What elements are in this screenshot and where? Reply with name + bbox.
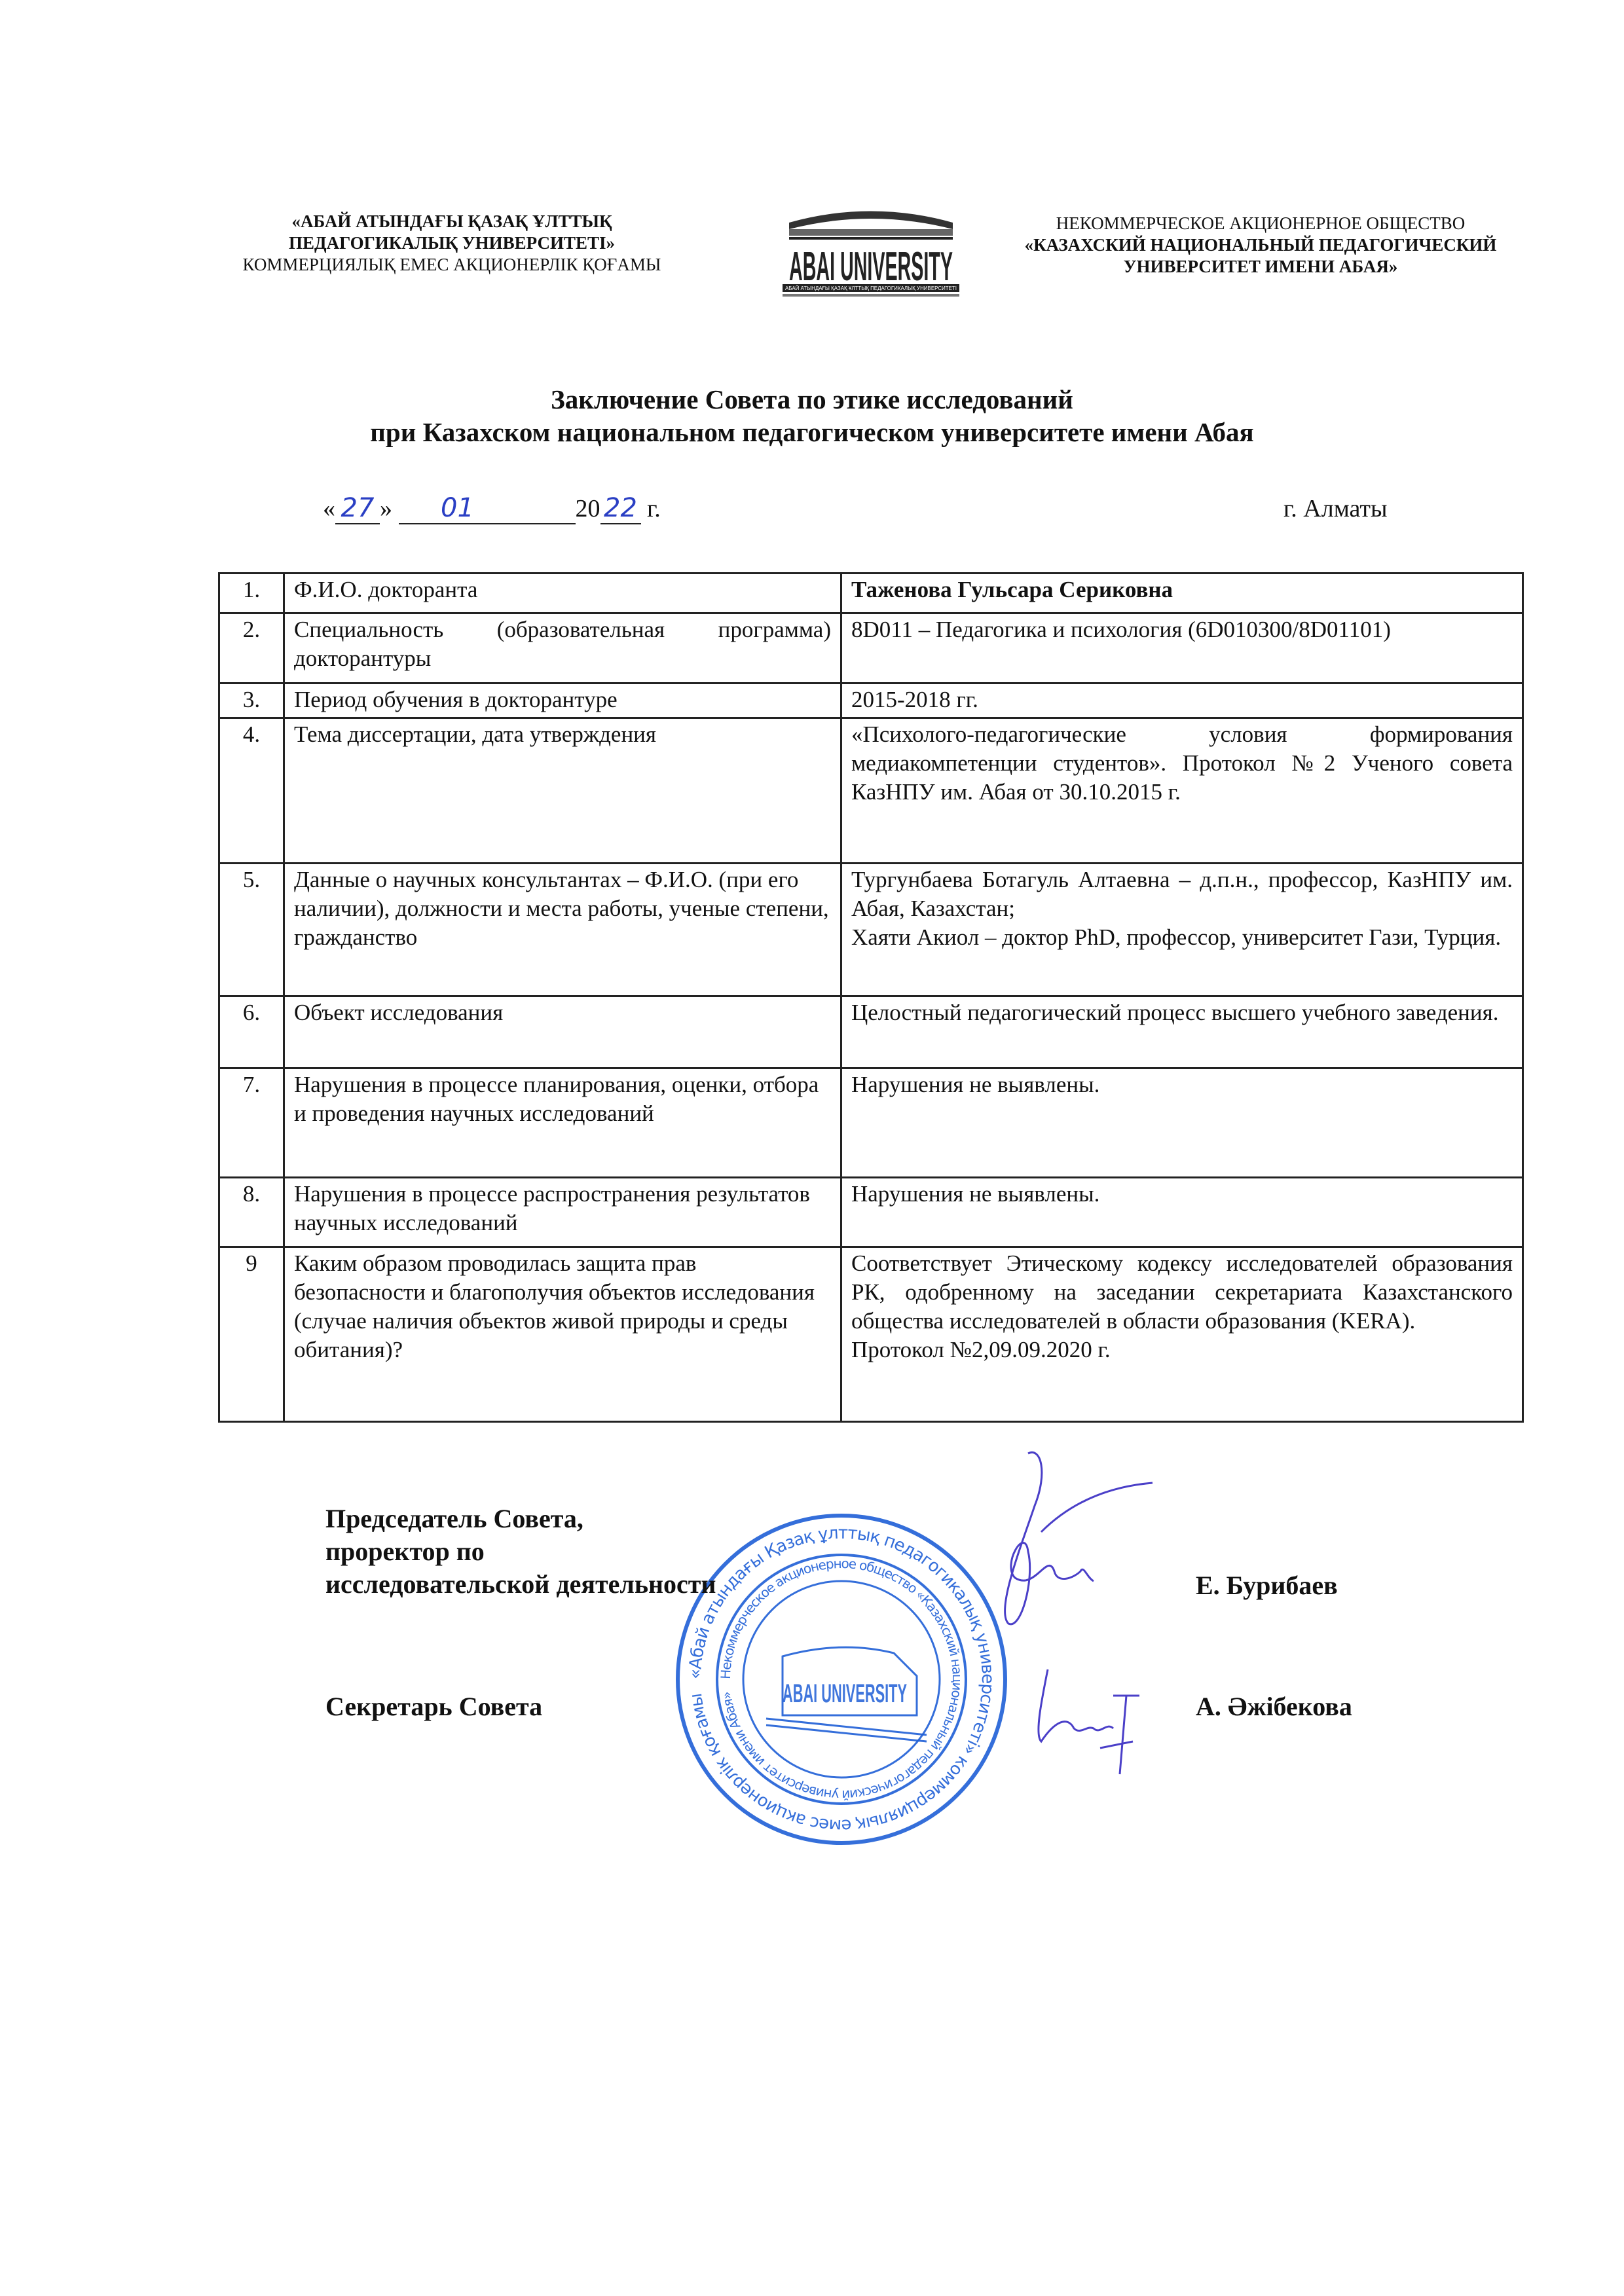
row-value: 2015-2018 гг. (841, 683, 1523, 718)
row-label: Нарушения в процессе планирования, оценк… (284, 1068, 841, 1178)
row-label: Объект исследования (284, 996, 841, 1068)
date-year-unit: г. (647, 495, 661, 522)
row-number: 1. (219, 574, 284, 613)
row-label: Тема диссертации, дата утверждения (284, 718, 841, 864)
letterhead-kazakh: «АБАЙ АТЫНДАҒЫ ҚАЗАҚ ҰЛТТЫҚ ПЕДАГОГИКАЛЫ… (196, 211, 707, 276)
table-row: 2. Специальность (образовательная програ… (219, 613, 1523, 683)
date-month-field: 01 (399, 493, 576, 524)
chair-signature (943, 1447, 1159, 1643)
row-value: Нарушения не выявлены. (841, 1178, 1523, 1247)
document-title: Заключение Совета по этике исследований … (196, 383, 1428, 448)
date-close-quote: » (380, 495, 392, 522)
logo-wordmark: ABAI UNIVERSITY (789, 244, 953, 289)
date-line: «27» 012022 г. (323, 493, 661, 524)
logo-subtext: АБАЙ АТЫНДАҒЫ ҚАЗАҚ ҰЛТТЫҚ ПЕДАГОГИКАЛЫҚ… (785, 285, 957, 291)
row-number: 3. (219, 683, 284, 718)
row-value: Тургунбаева Ботагуль Алтаевна – д.п.н., … (841, 864, 1523, 996)
date-open-quote: « (323, 495, 335, 522)
letterhead-left-line2: ПЕДАГОГИКАЛЫҚ УНИВЕРСИТЕТІ» (196, 232, 707, 254)
row-number: 8. (219, 1178, 284, 1247)
secretary-name: А. Әжібекова (1196, 1691, 1352, 1722)
chair-line1: Председатель Совета, (325, 1503, 716, 1535)
table-row: 8. Нарушения в процессе распространения … (219, 1178, 1523, 1247)
conclusion-table: 1. Ф.И.О. докторанта Таженова Гульсара С… (218, 572, 1524, 1423)
table-row: 6. Объект исследования Целостный педагог… (219, 996, 1523, 1068)
date-month: 01 (399, 493, 517, 523)
chair-line2: проректор по (325, 1535, 716, 1568)
row-value: 8D011 – Педагогика и психология (6D01030… (841, 613, 1523, 683)
row-value: Таженова Гульсара Сериковна (841, 574, 1523, 613)
row-label: Каким образом проводилась защита прав бе… (284, 1247, 841, 1422)
secretary-signature (1022, 1663, 1166, 1781)
row-number: 6. (219, 996, 284, 1068)
title-line1: Заключение Совета по этике исследований (196, 383, 1428, 416)
row-value: «Психолого-педагогические условия формир… (841, 718, 1523, 864)
letterhead-right-line3: УНИВЕРСИТЕТ ИМЕНИ АБАЯ» (982, 256, 1539, 278)
date-day: 27 (335, 493, 380, 524)
row-value: Целостный педагогический процесс высшего… (841, 996, 1523, 1068)
row-number: 4. (219, 718, 284, 864)
table-row: 1. Ф.И.О. докторанта Таженова Гульсара С… (219, 574, 1523, 613)
chair-line3: исследовательской деятельности (325, 1568, 716, 1601)
ethics-protocol: Протокол №2,09.09.2020 г. (851, 1336, 1513, 1364)
secretary-title: Секретарь Совета (325, 1691, 542, 1722)
date-year-prefix: 20 (576, 495, 600, 522)
table-row: 4. Тема диссертации, дата утверждения «П… (219, 718, 1523, 864)
row-value: Соответствует Этическому кодексу исследо… (841, 1247, 1523, 1422)
row-label: Данные о научных консультантах – Ф.И.О. … (284, 864, 841, 996)
letterhead-right-line1: НЕКОММЕРЧЕСКОЕ АКЦИОНЕРНОЕ ОБЩЕСТВО (982, 213, 1539, 234)
row-label: Ф.И.О. докторанта (284, 574, 841, 613)
chair-title: Председатель Совета, проректор по исслед… (325, 1503, 716, 1601)
letterhead-left-line3: КОММЕРЦИЯЛЫҚ ЕМЕС АКЦИОНЕРЛІК ҚОҒАМЫ (196, 254, 707, 276)
letterhead-left-line1: «АБАЙ АТЫНДАҒЫ ҚАЗАҚ ҰЛТТЫҚ (196, 211, 707, 232)
row-label: Период обучения в докторантуре (284, 683, 841, 718)
ethics-code-text: Соответствует Этическому кодексу исследо… (851, 1249, 1513, 1336)
row-value: Нарушения не выявлены. (841, 1068, 1523, 1178)
table-row: 5. Данные о научных консультантах – Ф.И.… (219, 864, 1523, 996)
table-row: 7. Нарушения в процессе планирования, оц… (219, 1068, 1523, 1178)
consultant-1: Тургунбаева Ботагуль Алтаевна – д.п.н., … (851, 866, 1513, 923)
table-row: 9 Каким образом проводилась защита прав … (219, 1247, 1523, 1422)
university-logo: ABAI UNIVERSITY АБАЙ АТЫНДАҒЫ ҚАЗАҚ ҰЛТТ… (763, 196, 979, 301)
row-label: Нарушения в процессе распространения рез… (284, 1178, 841, 1247)
chair-name: Е. Бурибаев (1196, 1570, 1338, 1601)
letterhead-right-line2: «КАЗАХСКИЙ НАЦИОНАЛЬНЫЙ ПЕДАГОГИЧЕСКИЙ (982, 234, 1539, 256)
row-number: 7. (219, 1068, 284, 1178)
row-number: 2. (219, 613, 284, 683)
row-number: 5. (219, 864, 284, 996)
title-line2: при Казахском национальном педагогическо… (196, 416, 1428, 448)
table-row: 3. Период обучения в докторантуре 2015-2… (219, 683, 1523, 718)
stamp-center-text: ABAI UNIVERSITY (783, 1679, 907, 1708)
letterhead-russian: НЕКОММЕРЧЕСКОЕ АКЦИОНЕРНОЕ ОБЩЕСТВО «КАЗ… (982, 213, 1539, 278)
city: г. Алматы (1283, 494, 1388, 523)
row-label: Специальность (образовательная программа… (284, 613, 841, 683)
date-year-suffix: 22 (600, 493, 641, 524)
consultant-2: Хаяти Акиол – доктор PhD, профессор, уни… (851, 923, 1513, 952)
row-number: 9 (219, 1247, 284, 1422)
